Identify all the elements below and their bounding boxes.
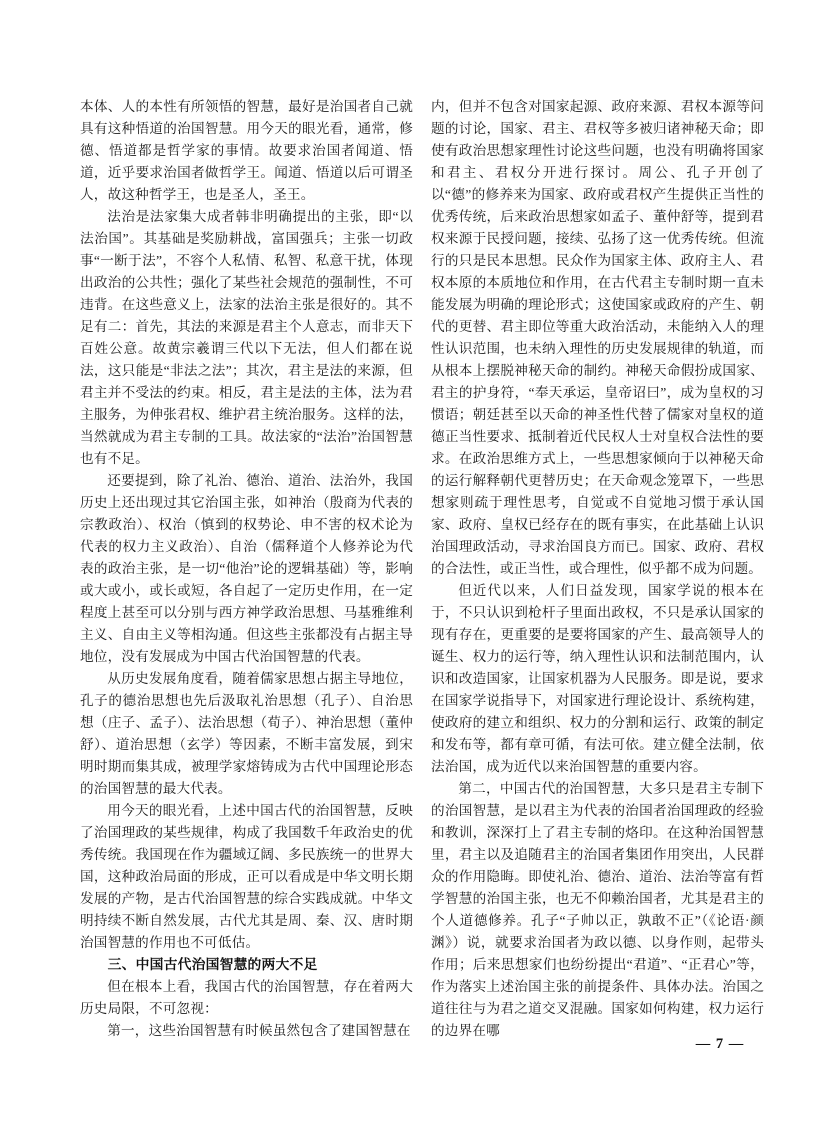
body-paragraph: 本体、人的本性有所领悟的智慧，最好是治国者自己就具有这种悟道的治国智慧。用今天的… [80,96,413,206]
page-body: 本体、人的本性有所领悟的智慧，最好是治国者自己就具有这种悟道的治国智慧。用今天的… [80,96,764,1042]
body-paragraph: 但在根本上看，我国古代的治国智慧，存在着两大历史局限，不可忽视： [80,976,413,1020]
body-paragraph: 还要提到，除了礼治、德治、道治、法治外，我国历史上还出现过其它治国主张，如神治（… [80,470,413,668]
body-paragraph: 第二，中国古代的治国智慧，大多只是君主专制下的治国智慧，是以君主为代表的治国者治… [431,778,764,1042]
section-heading: 三、中国古代治国智慧的两大不足 [80,954,413,976]
body-paragraph: 法治是法家集大成者韩非明确提出的主张，即“以法治国”。其基础是奖励耕战，富国强兵… [80,206,413,470]
body-paragraph: 从历史发展角度看，随着儒家思想占据主导地位，孔子的德治思想也先后汲取礼治思想（孔… [80,668,413,800]
document-page: { "left_column": { "paragraphs": [ "本体、人… [0,0,833,1123]
body-paragraph: 但近代以来，人们日益发现，国家学说的根本在于，不只认识到枪杆子里面出政权，不只是… [431,580,764,778]
right-column: 内，但并不包含对国家起源、政府来源、君权本源等问题的讨论，国家、君主、君权等多被… [431,96,764,1042]
body-paragraph: 第一，这些治国智慧有时候虽然包含了建国智慧在 [80,1020,413,1042]
page-number: — 7 — [660,1036,780,1053]
body-paragraph: 用今天的眼光看，上述中国古代的治国智慧，反映了治国理政的某些规律，构成了我国数千… [80,800,413,954]
body-paragraph: 内，但并不包含对国家起源、政府来源、君权本源等问题的讨论，国家、君主、君权等多被… [431,96,764,580]
left-column: 本体、人的本性有所领悟的智慧，最好是治国者自己就具有这种悟道的治国智慧。用今天的… [80,96,413,1042]
